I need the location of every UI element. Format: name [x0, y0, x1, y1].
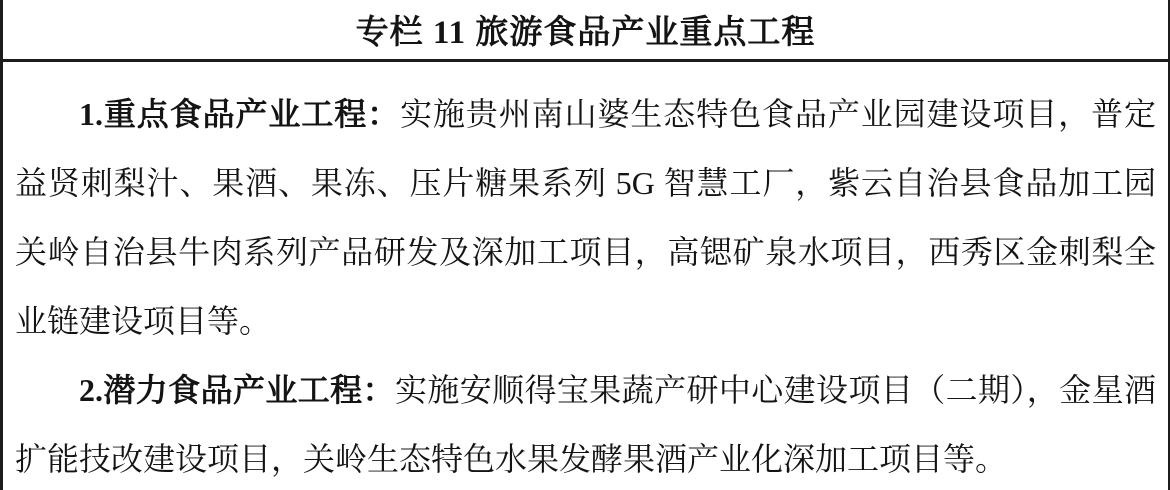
paragraph-line: 益贤刺梨汁、果酒、果冻、压片糖果系列 5G 智慧工厂，紫云自治县食品加工园区，	[15, 149, 1156, 218]
line-text: 关岭自治县牛肉系列产品研发及深加工项目，高锶矿泉水项目，西秀区金刺梨全产	[15, 234, 1156, 287]
paragraph-line: 业链建设项目等。	[15, 287, 1156, 356]
paragraph-line: 1.重点食品产业工程：实施贵州南山婆生态特色食品产业园建设项目，普定县吉	[15, 80, 1156, 149]
paragraph-line: 2.潜力食品产业工程：实施安顺得宝果蔬产研中心建设项目（二期），金星酒类	[15, 356, 1156, 425]
column-title-row: 专栏 11 旅游食品产业重点工程	[3, 0, 1168, 62]
paragraph-line: 扩能技改建设项目，关岭生态特色水果发酵果酒产业化深加工项目等。	[15, 425, 1156, 490]
column-box: 专栏 11 旅游食品产业重点工程 1.重点食品产业工程：实施贵州南山婆生态特色食…	[0, 0, 1170, 490]
document-page: 专栏 11 旅游食品产业重点工程 1.重点食品产业工程：实施贵州南山婆生态特色食…	[0, 0, 1170, 490]
paragraph-line: 关岭自治县牛肉系列产品研发及深加工项目，高锶矿泉水项目，西秀区金刺梨全产	[15, 218, 1156, 287]
line-lead-bold: 2.潜力食品产业工程：	[79, 372, 395, 408]
line-lead-bold: 1.重点食品产业工程：	[79, 96, 400, 132]
line-text: 益贤刺梨汁、果酒、果冻、压片糖果系列 5G 智慧工厂，紫云自治县食品加工园区，	[15, 165, 1156, 218]
line-text: 业链建设项目等。	[15, 303, 271, 339]
line-text: 扩能技改建设项目，关岭生态特色水果发酵果酒产业化深加工项目等。	[15, 441, 1007, 477]
column-body: 1.重点食品产业工程：实施贵州南山婆生态特色食品产业园建设项目，普定县吉 益贤刺…	[3, 62, 1168, 490]
column-title: 专栏 11 旅游食品产业重点工程	[356, 6, 816, 53]
